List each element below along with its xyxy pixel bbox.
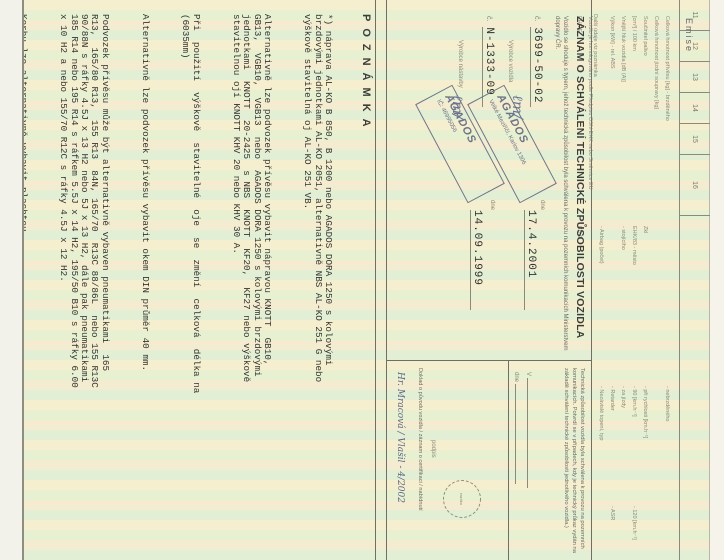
approval-record: ZÁZNAM O SCHVÁLENÍ TECHNICKÉ ZPŮSOBILOST… [387,0,591,560]
spec-line: Součinitel palivoZkl- při rychlosti [km.… [639,16,650,556]
emise-label: Emise [680,0,694,78]
vehicle-date-row: 14.09.1999 [470,210,483,310]
note-paragraph: Podvozek přívěsu může být alternativně v… [58,14,110,534]
vehicle-number: N-1333-09 [483,27,495,95]
approval-date-row: 17.4.2001 [524,210,537,310]
note-paragraph: Při použití výškově stavitelné oje se zm… [180,14,201,534]
divider [591,0,592,560]
dalsi-udaje-note: Další údaje viz poznámka [592,14,598,77]
poznamka-body: *) náprava AL-KO B 850, B 1200 nebo AGAD… [0,14,354,534]
specs-table: 11 12 13 14 15 16 Emise Celková hmotnost… [592,0,710,560]
approval-number: 3699-50-02 [531,27,543,103]
note-paragraph: *) náprava AL-KO B 850, B 1200 nebo AGAD… [302,14,333,534]
note-paragraph: Alternativně lze podvozek přívěsu vybavi… [140,14,150,534]
row-number: 16 [680,155,710,216]
approval-dne-label: dne [539,200,545,210]
approval-date: 17.4.2001 [525,210,537,278]
spec-line: - Airbag (počet)- Nezávislé topení, typ [595,16,606,556]
row-number-header: 11 12 13 14 15 16 [679,0,710,560]
dne-label: dne [513,372,519,484]
razitko-stamp-area: razítko [443,480,481,518]
paper-bottom-edge [0,0,24,560]
note-paragraph: Alternativně lze podvozek přívěsu vybavi… [231,14,273,534]
row-number: 14 [680,93,710,124]
signature-icon: ℓm/ [448,95,465,119]
record-subtitle: Vozidlo se shoduje s typem, jehož techni… [553,16,569,356]
spec-line: Celková hmotnost přívěsu [kg] - brzděnéh… [661,16,672,556]
row-number: 15 [680,124,710,155]
approval-number-row: č. 3699-50-02 [530,16,543,107]
divider [508,360,509,560]
spec-line: Vnější hluk vozidla [dB (A)]- stojícího-… [617,16,628,556]
record-divider [387,360,591,361]
approval-right-text: Technická způsobilost vozidla byla schvá… [562,368,585,553]
doklad-text: Doklad o původu vozidla / záznam o certi… [416,368,423,553]
vyrobce-nastavby-label: Výrobce nástavby [457,40,463,88]
vehicle-dne-label: dne [489,200,495,210]
spec-line: Celková hmotnost jízdní soupravy [kg] [650,16,661,556]
vehicle-date: 14.09.1999 [471,210,483,286]
divider [375,0,376,560]
spec-line: [cm³] / 100 kmEHK/83 - město- 90 [km.h⁻¹… [628,16,639,556]
certificate-page: 11 12 13 14 15 16 Emise Celková hmotnost… [0,0,724,560]
record-title: ZÁZNAM O SCHVÁLENÍ TECHNICKÉ ZPŮSOBILOST… [574,16,586,338]
spec-line: Výkon [kW] - rel. ABS- Retarder- ASR [606,16,617,556]
vyrobce-vozidla-label: Výrobce vozidla [507,40,513,82]
v-label: V [525,372,531,488]
poznamka-title: POZNÁMKA [360,14,372,134]
podpis-label: podpis [430,440,436,458]
paper-top-edge [709,0,724,560]
handwritten-note: Hr. Mracová / Vlašil - 4/2002 [395,372,405,503]
divider [386,0,387,560]
signature-icon: ℓm/ [508,95,525,119]
